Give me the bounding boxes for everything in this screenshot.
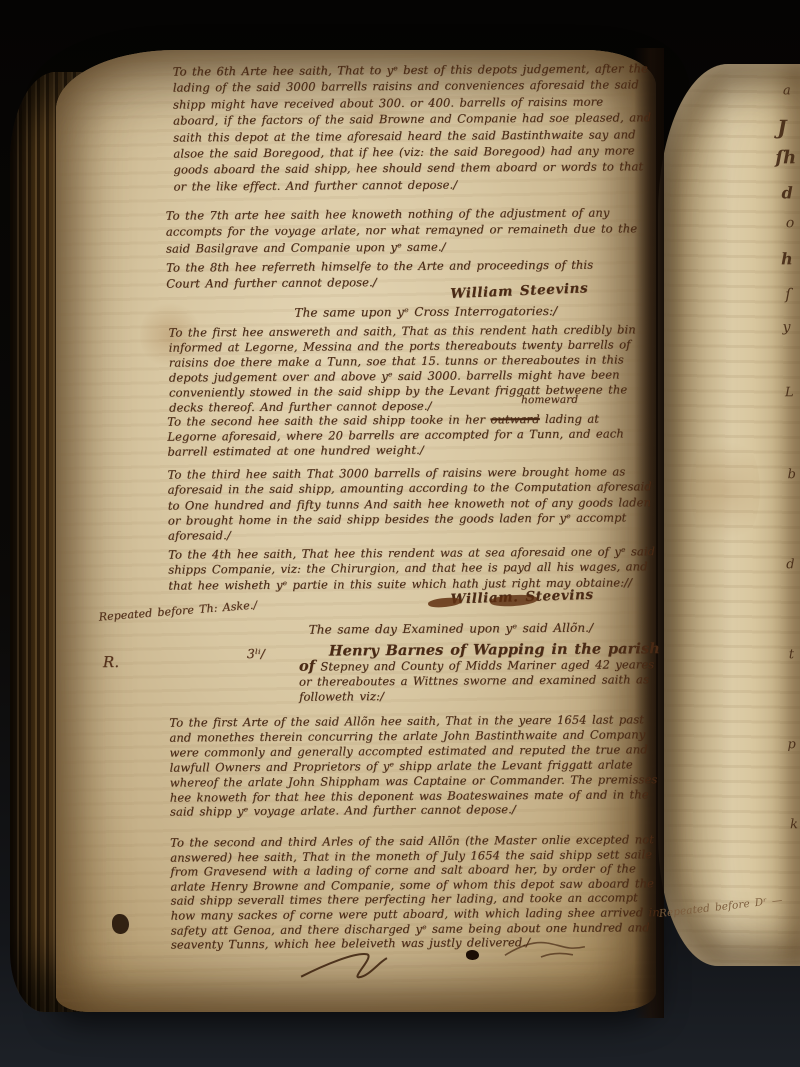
facing-page-repeated-note: Repeated before Dʳ —: [658, 889, 800, 922]
facing-edge-fragment: t: [789, 647, 794, 662]
facing-edge-fragment: p: [787, 737, 795, 752]
facing-edge-fragment: b: [788, 467, 796, 482]
handwritten-text-layer: To the 6th Arte hee saith, That to yᵉ be…: [0, 0, 800, 1067]
deposition-article-6: To the 6th Arte hee saith, That to yᵉ be…: [173, 60, 654, 195]
photograph: To the 6th Arte hee saith, That to yᵉ be…: [0, 0, 800, 1067]
cross-interrogatory-1: To the first hee answereth and saith, Th…: [169, 322, 652, 415]
paragraph-text: To the second hee saith the said shipp t…: [167, 412, 490, 428]
barnes-article-1: To the first Arte of the said Allõn hee …: [169, 712, 662, 820]
margin-fee-mark: 3ˡⁱ/: [247, 646, 265, 663]
facing-edge-fragment: L: [785, 385, 794, 400]
facing-edge-fragment: k: [790, 817, 798, 832]
facing-edge-fragment: a: [783, 83, 791, 98]
struck-through-word: outward: [490, 412, 539, 426]
witness-signature: William. Steevins: [450, 587, 594, 608]
cross-interrogatory-3: To the third hee saith That 3000 barrell…: [168, 464, 657, 544]
facing-edge-fragment: J: [777, 115, 787, 139]
same-day-heading: The same day Examined upon yᵉ said Allõn…: [309, 619, 639, 638]
margin-note-repeated: Repeated before Th: Aske./: [98, 597, 258, 626]
interlinear-insert-homeward: homeward: [521, 392, 578, 409]
deponent-description: Stepney and County of Midds Mariner aged…: [299, 657, 654, 703]
facing-edge-fragment: d: [782, 183, 793, 202]
facing-edge-fragment: h: [781, 249, 793, 268]
pen-flourish: [295, 944, 405, 985]
deponent-introduction: Henry Barnes of Wapping in the parish of…: [299, 642, 661, 704]
examiner-paraph: [501, 927, 591, 968]
facing-edge-fragment: d: [786, 557, 794, 572]
facing-edge-fragment: y: [783, 319, 791, 335]
facing-edge-fragment: o: [786, 215, 795, 231]
facing-edge-fragment: ſh: [775, 147, 796, 168]
deposition-article-7: To the 7th arte hee saith hee knoweth no…: [166, 204, 640, 257]
cross-interrogatory-2: To the second hee saith the said shipp t…: [167, 411, 649, 459]
cross-interrogatories-heading: The same upon yᵉ Cross Interrogatories:/: [294, 303, 604, 322]
margin-mark-r: R.: [103, 654, 119, 671]
facing-edge-fragment: ſ: [785, 285, 791, 303]
